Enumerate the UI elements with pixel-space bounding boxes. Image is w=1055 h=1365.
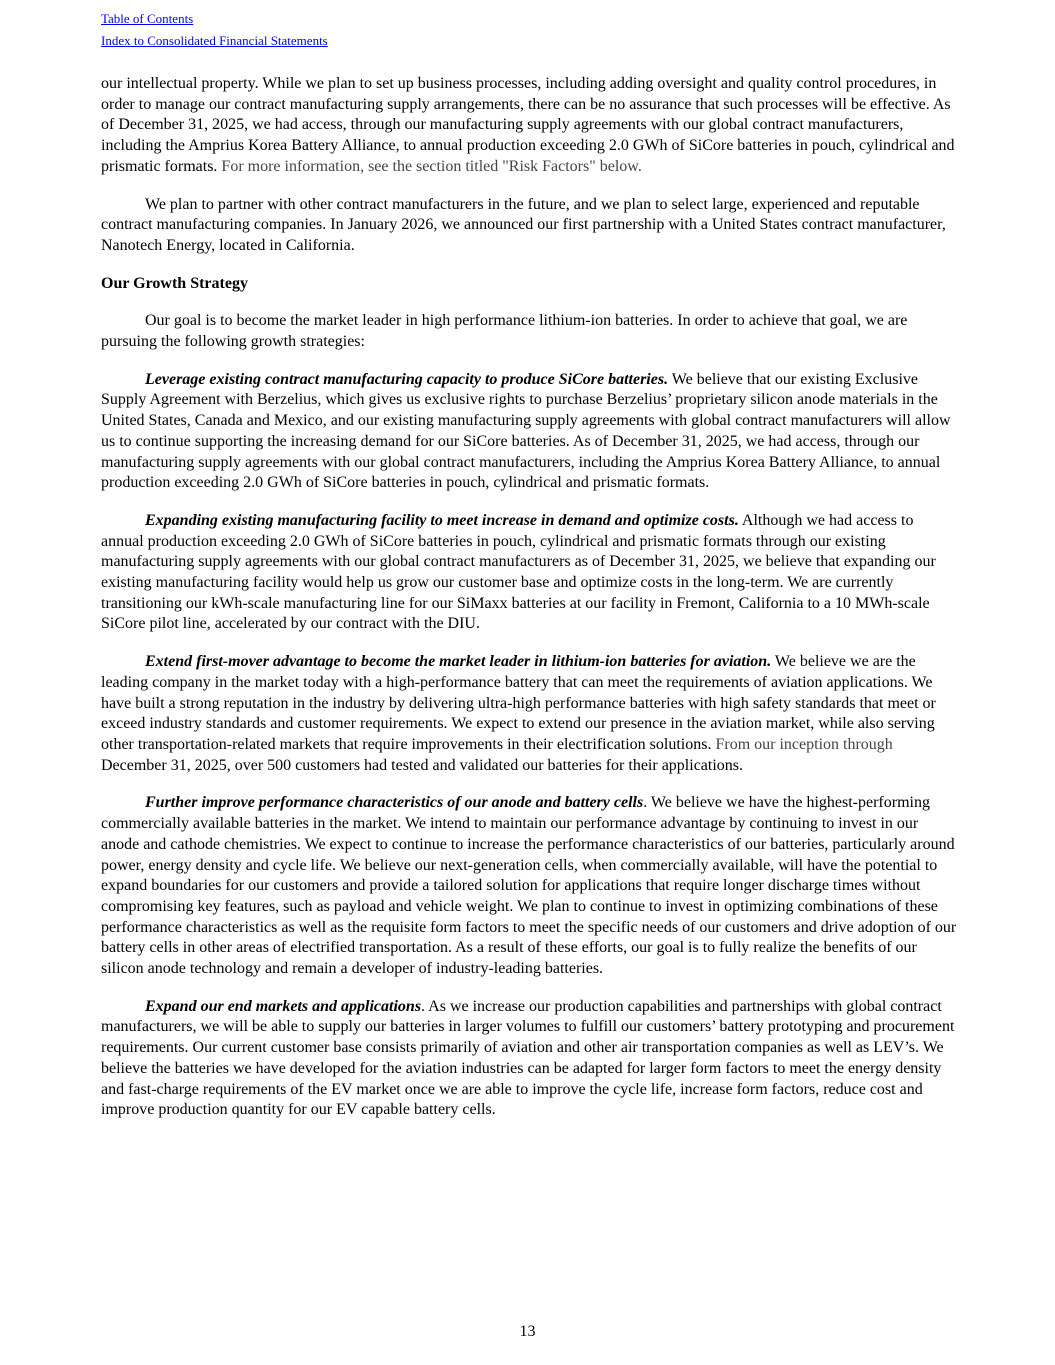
strategy-expand-markets: Expand our end markets and applications.… [101, 997, 957, 1121]
paragraph-partnerships: We plan to partner with other contract m… [101, 195, 957, 257]
page-number: 13 [0, 1323, 1055, 1341]
strategy-title: Further improve performance characterist… [145, 794, 643, 811]
table-of-contents-link[interactable]: Table of Contents [101, 8, 328, 30]
strategy-first-mover-aviation: Extend first-mover advantage to become t… [101, 652, 957, 776]
index-financial-statements-link[interactable]: Index to Consolidated Financial Statemen… [101, 30, 328, 52]
strategy-body: . As we increase our production capabili… [101, 998, 954, 1119]
strategy-leverage-capacity: Leverage existing contract manufacturing… [101, 370, 957, 494]
strategy-body: We believe that our existing Exclusive S… [101, 371, 951, 492]
section-heading-growth-strategy: Our Growth Strategy [101, 274, 957, 295]
strategy-improve-performance: Further improve performance characterist… [101, 793, 957, 979]
strategy-expand-facility: Expanding existing manufacturing facilit… [101, 511, 957, 635]
strategy-body: . We believe we have the highest-perform… [101, 794, 956, 977]
strategy-title: Expand our end markets and applications [145, 998, 421, 1015]
strategy-title: Expanding existing manufacturing facilit… [145, 512, 739, 529]
strategy-body-tail: December 31, 2025, over 500 customers ha… [101, 757, 743, 774]
paragraph-goal: Our goal is to become the market leader … [101, 311, 957, 352]
risk-factors-reference: For more information, see the section ti… [217, 158, 641, 175]
paragraph-contract-manufacturing: our intellectual property. While we plan… [101, 74, 957, 178]
strategy-body: Although we had access to annual product… [101, 512, 936, 633]
strategy-title: Leverage existing contract manufacturing… [145, 371, 668, 388]
strategy-body-muted: From our inception through [711, 736, 892, 753]
strategy-title: Extend first-mover advantage to become t… [145, 653, 771, 670]
document-nav: Table of Contents Index to Consolidated … [101, 8, 328, 52]
document-body: our intellectual property. While we plan… [101, 74, 957, 1138]
